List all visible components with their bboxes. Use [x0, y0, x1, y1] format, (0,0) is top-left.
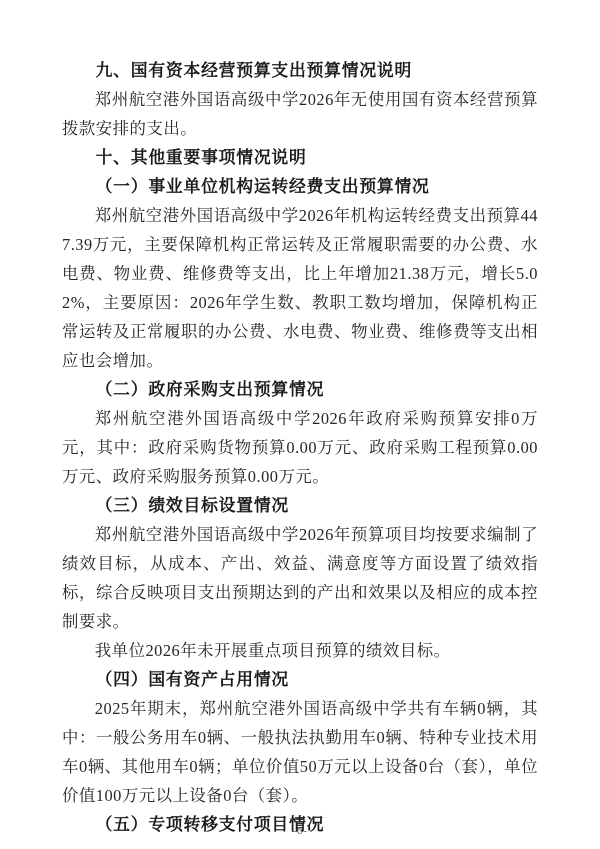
paragraph-key-projects: 我单位2026年未开展重点项目预算的绩效目标。: [62, 636, 538, 665]
paragraph-state-assets: 2025年期末，郑州航空港外国语高级中学共有车辆0辆，其中：一般公务用车0辆、一…: [62, 694, 538, 810]
subsection-heading-four: （四）国有资产占用情况: [62, 665, 538, 694]
subsection-heading-two: （二）政府采购支出预算情况: [62, 375, 538, 404]
paragraph-operating-expenses: 郑州航空港外国语高级中学2026年机构运转经费支出预算447.39万元，主要保障…: [62, 201, 538, 375]
paragraph-government-procurement: 郑州航空港外国语高级中学2026年政府采购预算安排0万元，其中：政府采购货物预算…: [62, 404, 538, 491]
section-heading-ten: 十、其他重要事项情况说明: [62, 143, 538, 172]
paragraph-performance-targets: 郑州航空港外国语高级中学2026年预算项目均按要求编制了绩效目标，从成本、产出、…: [62, 520, 538, 636]
document-page: 九、国有资本经营预算支出预算情况说明 郑州航空港外国语高级中学2026年无使用国…: [0, 0, 600, 849]
section-heading-nine: 九、国有资本经营预算支出预算情况说明: [62, 56, 538, 85]
paragraph-state-capital-budget: 郑州航空港外国语高级中学2026年无使用国有资本经营预算拨款安排的支出。: [62, 85, 538, 143]
subsection-heading-three: （三）绩效目标设置情况: [62, 491, 538, 520]
subsection-heading-one: （一）事业单位机构运转经费支出预算情况: [62, 172, 538, 201]
page-number: -6-: [0, 825, 600, 837]
